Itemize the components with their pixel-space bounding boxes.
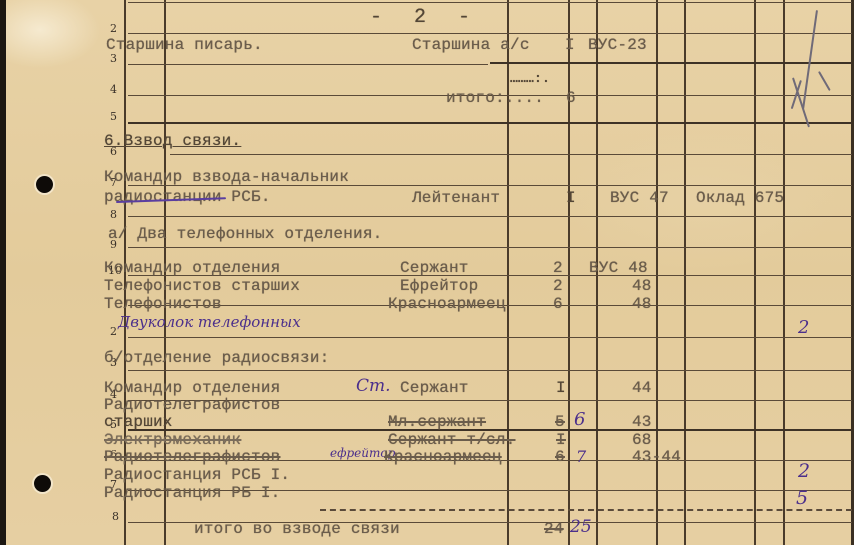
position-title: Командир взвода-начальник bbox=[104, 168, 349, 186]
rule-vertical bbox=[783, 0, 785, 545]
rule-horizontal bbox=[128, 337, 852, 338]
vus-code: ВУС 48 bbox=[589, 259, 648, 277]
salary: Оклад 675 bbox=[696, 189, 784, 207]
handwritten-value: 2 bbox=[798, 460, 810, 482]
rule-vertical bbox=[568, 0, 570, 545]
row-number: 8 bbox=[112, 510, 119, 523]
quantity: I bbox=[556, 379, 566, 397]
position-title: Старшина писарь. bbox=[106, 36, 263, 54]
rule-horizontal bbox=[128, 2, 852, 3]
punch-hole bbox=[36, 176, 53, 193]
handwritten-entry: Двуколок телефонных bbox=[118, 313, 301, 331]
row-number: 4 bbox=[110, 83, 117, 96]
quantity: I bbox=[556, 431, 566, 449]
position-title: Телефонистов bbox=[104, 295, 222, 313]
rank: Красноармеец bbox=[388, 295, 506, 313]
position-title: радиостанции РСБ. bbox=[104, 188, 271, 206]
equipment-item: Радиостанция РБ I. bbox=[104, 484, 280, 502]
vus-code: ВУС-23 bbox=[588, 36, 647, 54]
quantity-struck: 5 bbox=[555, 413, 565, 431]
position-title: Телефонистов старших bbox=[104, 277, 300, 295]
rule-horizontal bbox=[128, 247, 852, 248]
vus-code: 48 bbox=[632, 277, 652, 295]
rank: Сержант bbox=[400, 379, 469, 397]
position-title: Радиотелеграфистов bbox=[104, 448, 280, 466]
quantity: I bbox=[565, 36, 575, 54]
section-header: 6.Взвод связи. bbox=[104, 132, 241, 150]
total-value-struck: 24 bbox=[544, 520, 564, 538]
vus-code: 44 bbox=[632, 379, 652, 397]
rule-vertical bbox=[684, 0, 686, 545]
handwritten-quantity: 7 bbox=[576, 447, 586, 466]
rank: Ефрейтор bbox=[400, 277, 478, 295]
position-title: Радиотелеграфистов bbox=[104, 396, 280, 414]
vus-code: ВУС 47 bbox=[610, 189, 669, 207]
row-number: 8 bbox=[110, 208, 117, 221]
subtotal-label: итого:.... bbox=[446, 89, 544, 107]
subsection-header: б/отделение радиосвязи: bbox=[104, 349, 329, 367]
rank: Мл.сержант bbox=[388, 413, 486, 431]
rank: Сержант т/сл. bbox=[388, 431, 515, 449]
position-title: Командир отделения bbox=[104, 379, 280, 397]
handwritten-quantity: 6 bbox=[574, 409, 585, 430]
rule-total-underline bbox=[320, 509, 852, 511]
scan-border-left bbox=[0, 0, 6, 545]
punch-hole bbox=[34, 475, 51, 492]
row-number: 2 bbox=[110, 22, 117, 35]
page-number: - 2 - bbox=[370, 6, 480, 29]
rank: Сержант bbox=[400, 259, 469, 277]
position-title: Командир отделения bbox=[104, 259, 280, 277]
rule-horizontal bbox=[128, 122, 852, 124]
equipment-item: Радиостанция РСБ I. bbox=[104, 466, 290, 484]
rule-horizontal bbox=[128, 64, 488, 65]
vus-code: 48 bbox=[632, 295, 652, 313]
quantity: 2 bbox=[553, 277, 563, 295]
rule-horizontal bbox=[490, 62, 852, 64]
handwritten-total: 25 bbox=[570, 517, 592, 537]
row-number: 2 bbox=[110, 325, 117, 338]
rule-horizontal bbox=[128, 370, 852, 371]
document-page: 2 3 4 5 6 7 8 9 10 2 3 4 5 6 7 8 - 2 - С… bbox=[0, 0, 854, 545]
vus-code: 43-44 bbox=[632, 448, 681, 466]
total-label: итого во взводе связи bbox=[194, 520, 400, 538]
subtotal-mark: ………:. bbox=[510, 71, 550, 86]
handwritten-value: 5 bbox=[796, 487, 808, 509]
vus-code: 68 bbox=[632, 431, 652, 449]
vus-code: 43 bbox=[632, 413, 652, 431]
handwritten-rank-prefix: Ст. bbox=[356, 376, 391, 396]
handwritten-value: 2 bbox=[798, 317, 809, 338]
rule-horizontal bbox=[170, 154, 852, 155]
quantity: 6 bbox=[553, 295, 563, 313]
row-number: 5 bbox=[110, 110, 117, 123]
rank: Лейтенант bbox=[412, 189, 500, 207]
quantity: 2 bbox=[553, 259, 563, 277]
rank: Старшина а/с bbox=[412, 36, 530, 54]
quantity-struck: 6 bbox=[555, 448, 565, 466]
rule-vertical bbox=[507, 0, 509, 545]
subsection-header: а/ Два телефонных отделения. bbox=[108, 225, 382, 243]
rule-vertical bbox=[754, 0, 756, 545]
position-title: старших bbox=[104, 413, 173, 431]
quantity: I bbox=[566, 189, 576, 207]
position-title: Электромеханик bbox=[104, 431, 241, 449]
rule-horizontal bbox=[128, 216, 852, 217]
rule-horizontal bbox=[128, 33, 852, 34]
subtotal-value: 6 bbox=[566, 89, 576, 107]
rank: Красноармеец bbox=[384, 448, 502, 466]
